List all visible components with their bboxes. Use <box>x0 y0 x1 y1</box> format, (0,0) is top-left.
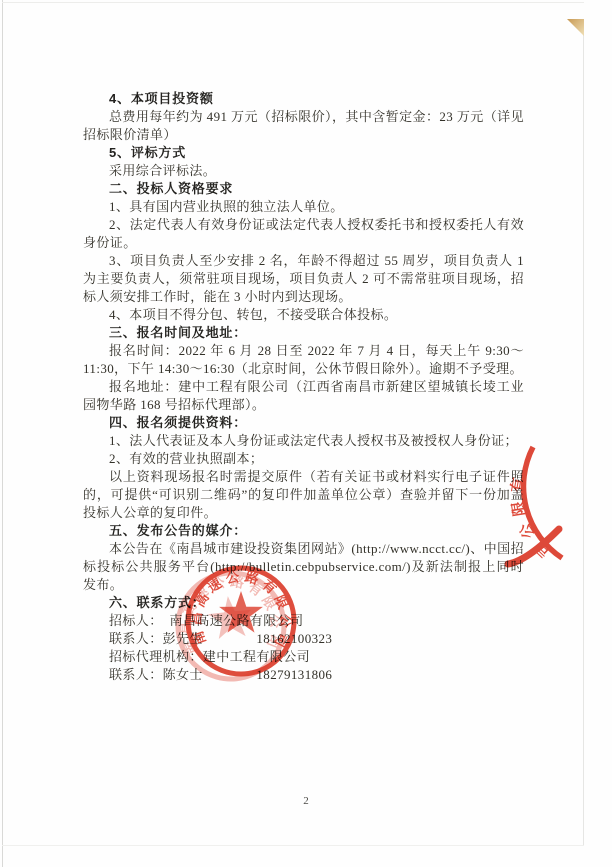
paragraph: 总费用每年约为 491 万元（招标限价），其中含暂定金：23 万元（详见招标限价… <box>83 108 524 144</box>
section-heading: 四、报名须提供资料： <box>83 414 524 432</box>
paragraph: 1、具有国内营业执照的独立法人单位。 <box>83 198 524 216</box>
page-edge-bottom <box>2 845 584 846</box>
partial-seal-stamp: 司公限有 <box>495 430 612 580</box>
section-heading: 5、评标方式 <box>83 144 524 162</box>
seal-main-impression: 南昌高速公路有限公司 <box>188 568 294 674</box>
paragraph: 1、法人代表证及本人身份证或法定代表人授权书及被授权人身份证； <box>83 432 524 450</box>
paragraph: 4、本项目不得分包、转包，不接受联合体投标。 <box>83 306 524 324</box>
scanned-page: 4、本项目投资额总费用每年约为 491 万元（招标限价），其中含暂定金：23 万… <box>0 0 612 867</box>
paragraph: 2、法定代表人有效身份证或法定代表人授权委托书和授权委托人有效身份证。 <box>83 216 524 252</box>
section-heading: 4、本项目投资额 <box>83 90 524 108</box>
page-edge-top <box>2 2 584 3</box>
paragraph: 3、项目负责人至少安排 2 名，年龄不得超过 55 周岁，项目负责人 1 为主要… <box>83 252 524 306</box>
section-heading: 五、发布公告的媒介： <box>83 522 524 540</box>
page-edge-left <box>2 0 3 867</box>
paragraph: 2、有效的营业执照副本； <box>83 450 524 468</box>
paragraph: 以上资料现场报名时需提交原件（若有关证书或材料实行电子证件照的，可提供“可识别二… <box>83 468 524 522</box>
section-heading: 三、报名时间及地址： <box>83 324 524 342</box>
company-seal-stamp: 南昌高速公路有限公司 南昌高速公路有限公司 <box>166 546 316 696</box>
section-heading: 二、投标人资格要求 <box>83 180 524 198</box>
paragraph: 报名时间：2022 年 6 月 28 日至 2022 年 7 月 4 日，每天上… <box>83 342 524 378</box>
page-corner-fold <box>567 19 584 36</box>
page-number: 2 <box>0 795 612 807</box>
paragraph: 采用综合评标法。 <box>83 162 524 180</box>
paragraph: 报名地址：建中工程有限公司（江西省南昌市新建区望城镇长堎工业园物华路 168 号… <box>83 378 524 414</box>
